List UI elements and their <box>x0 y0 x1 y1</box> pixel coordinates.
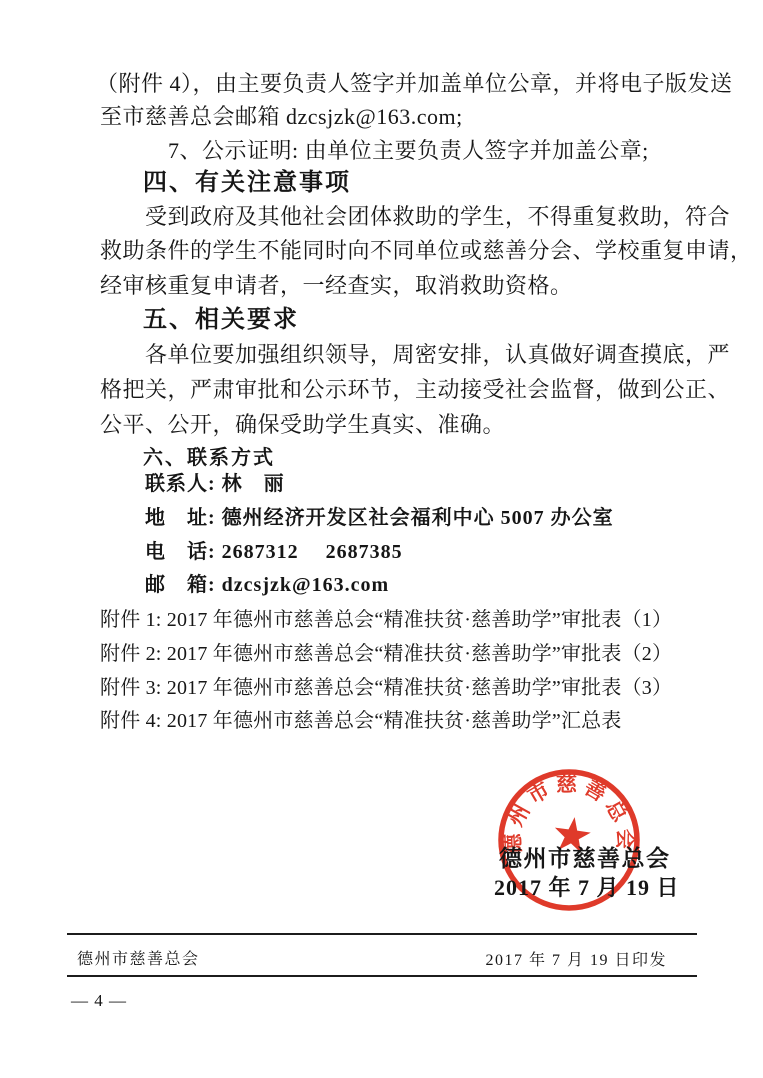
contact-line: 地 址: 德州经济开发区社会福利中心 5007 办公室 <box>145 506 614 530</box>
footer-org: 德州市慈善总会 <box>77 946 200 969</box>
footer-issue-date: 2017 年 7 月 19 日印发 <box>485 947 667 970</box>
contact-line: 联系人: 林 丽 <box>145 472 285 496</box>
body-line: 公平、公开，确保受助学生真实、准确。 <box>100 412 505 438</box>
section-heading: 四、有关注意事项 <box>143 170 351 197</box>
signature-date: 2017 年 7 月 19 日 <box>494 871 680 902</box>
body-line: （附件 4），由主要负责人签字并加盖单位公章，并将电子版发送 <box>96 71 733 97</box>
body-line: 7、公示证明: 由单位主要负责人签字并加盖公章; <box>168 138 649 164</box>
contact-line: 邮 箱: dzcsjzk@163.com <box>145 573 389 597</box>
body-line: 格把关，严肃审批和公示环节，主动接受社会监督，做到公正、 <box>100 377 730 403</box>
attachment-line: 附件 1: 2017 年德州市慈善总会“精准扶贫·慈善助学”审批表（1） <box>100 608 672 632</box>
attachment-line: 附件 4: 2017 年德州市慈善总会“精准扶贫·慈善助学”汇总表 <box>100 709 622 733</box>
body-line: 各单位要加强组织领导，周密安排，认真做好调查摸底，严 <box>145 342 730 368</box>
signature-org: 德州市慈善总会 <box>499 840 671 873</box>
body-line: 救助条件的学生不能同时向不同单位或慈善分会、学校重复申请， <box>100 238 753 264</box>
page-number: — 4 — <box>71 991 127 1011</box>
footer-rule-top <box>67 933 697 935</box>
contact-heading: 六、联系方式 <box>143 446 275 470</box>
attachment-line: 附件 3: 2017 年德州市慈善总会“精准扶贫·慈善助学”审批表（3） <box>100 676 672 700</box>
body-line: 受到政府及其他社会团体救助的学生，不得重复救助，符合 <box>145 204 730 230</box>
section-heading: 五、相关要求 <box>143 307 299 334</box>
body-line: 经审核重复申请者，一经查实，取消救助资格。 <box>100 273 573 299</box>
footer-rule-bottom <box>67 975 697 977</box>
body-line: 至市慈善总会邮箱 dzcsjzk@163.com; <box>100 104 463 130</box>
attachment-line: 附件 2: 2017 年德州市慈善总会“精准扶贫·慈善助学”审批表（2） <box>100 642 672 666</box>
contact-line: 电 话: 2687312 2687385 <box>145 540 403 564</box>
document-page: { "colors": { "seal_red": "#dd2a18", "in… <box>0 0 763 1078</box>
